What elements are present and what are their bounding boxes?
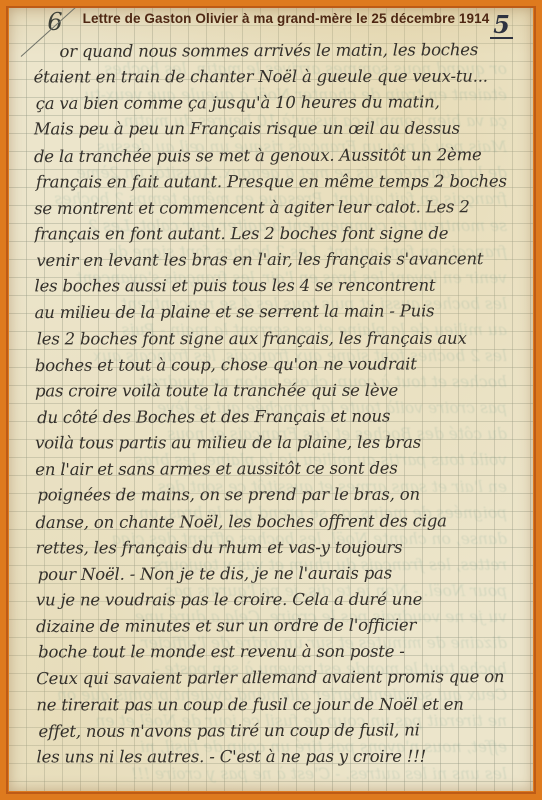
handwriting-line: les 2 boches font signe aux français, le… bbox=[35, 325, 527, 352]
handwriting-line: de la tranchée puis se met à genoux. Aus… bbox=[34, 141, 526, 169]
handwriting-line: français en fait autant. Presque en même… bbox=[34, 168, 526, 195]
handwriting-line: français en font autant. Les 2 boches fo… bbox=[34, 221, 526, 248]
handwriting-line: pas croire voilà toute la tranchée qui s… bbox=[35, 377, 527, 404]
handwriting-line: poignées de mains, on se prend par le br… bbox=[35, 482, 527, 509]
handwriting-line: dizaine de minutes et sur un ordre de l'… bbox=[36, 612, 528, 640]
handwriting-line: se montrent et commencent à agiter leur … bbox=[34, 194, 526, 222]
handwriting-line: ne tirerait pas un coup de fusil ce jour… bbox=[36, 691, 528, 718]
handwriting-line: les boches aussi et puis tous les 4 se r… bbox=[34, 273, 526, 300]
handwriting-line: boches et tout à coup, chose qu'on ne vo… bbox=[35, 351, 527, 379]
handwriting-line: Mais peu à peu un Français risque un œil… bbox=[34, 116, 526, 143]
handwriting-line: venir en levant les bras en l'air, les f… bbox=[34, 246, 526, 274]
handwriting-line: au milieu de la plaine et se serrent la … bbox=[35, 298, 527, 326]
handwriting-line: or quand nous sommes arrivés le matin, l… bbox=[33, 37, 525, 65]
handwriting-line: en l'air et sans armes et aussitôt ce so… bbox=[35, 455, 527, 483]
handwriting-line: rettes, les français du rhum et vas-y to… bbox=[36, 534, 528, 561]
handwriting-line: pour Noël. - Non je te dis, je ne l'aura… bbox=[36, 560, 528, 588]
handwriting-line: les uns ni les autres. - C'est à ne pas … bbox=[37, 743, 529, 770]
handwriting-line: voilà tous partis au milieu de la plaine… bbox=[35, 430, 527, 457]
handwriting-line: du côté des Boches et des Français et no… bbox=[35, 403, 527, 431]
handwriting-line: danse, on chante Noël, les boches offren… bbox=[35, 507, 527, 535]
caption-title: Lettre de Gaston Olivier à ma grand-mère… bbox=[9, 11, 533, 26]
handwriting-line: effet, nous n'avons pas tiré un coup de … bbox=[36, 717, 528, 745]
handwriting-line: boche tout le monde est revenu à son pos… bbox=[36, 639, 528, 666]
scan-frame: Lettre de Gaston Olivier à ma grand-mère… bbox=[0, 0, 542, 800]
handwriting-line: étaient en train de chanter Noël à gueul… bbox=[34, 64, 526, 91]
handwriting-line: vu je ne voudrais pas le croire. Cela a … bbox=[36, 587, 528, 614]
handwriting-line: Ceux qui savaient parler allemand avaien… bbox=[36, 664, 528, 692]
handwriting-line: ça va bien comme ça jusqu'à 10 heures du… bbox=[34, 89, 526, 117]
handwritten-letter-body: or quand nous sommes arrivés le matin, l… bbox=[33, 37, 528, 771]
letter-page: Lettre de Gaston Olivier à ma grand-mère… bbox=[9, 8, 533, 791]
page-number: 5 bbox=[490, 12, 513, 39]
